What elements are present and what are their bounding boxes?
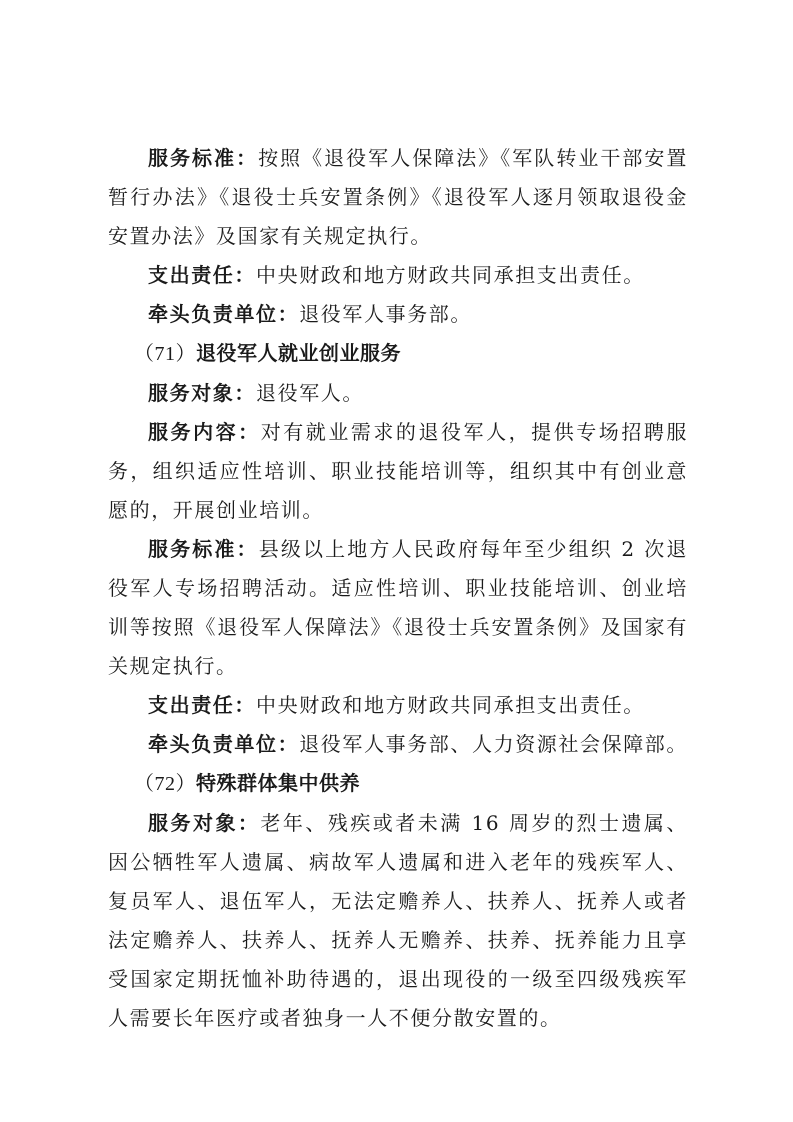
expenditure-responsibility-paragraph: 支出责任：中央财政和地方财政共同承担支出责任。: [108, 256, 688, 295]
service-standard-paragraph: 服务标准：按照《退役军人保障法》《军队转业干部安置暂行办法》《退役士兵安置条例》…: [108, 139, 688, 256]
paragraph-label: 服务标准：: [148, 537, 259, 561]
section-heading-71: （71）退役军人就业创业服务: [108, 334, 688, 374]
paragraph-text: 中央财政和地方财政共同承担支出责任。: [256, 693, 645, 717]
paragraph-label: 服务标准：: [148, 146, 258, 170]
section-title: 退役军人就业创业服务: [196, 341, 401, 365]
paragraph-text: 老年、残疾或者未满 16 周岁的烈士遗属、因公牺牲军人遗属、病故军人遗属和进入老…: [108, 811, 688, 1030]
service-content-paragraph: 服务内容：对有就业需求的退役军人，提供专场招聘服务，组织适应性培训、职业技能培训…: [108, 413, 688, 530]
lead-unit-paragraph: 牵头负责单位：退役军人事务部。: [108, 295, 688, 334]
paragraph-label: 服务内容：: [148, 420, 261, 444]
paragraph-label: 服务对象：: [148, 381, 256, 405]
section-number: （72）: [134, 773, 196, 795]
paragraph-label: 服务对象：: [148, 811, 260, 835]
service-standard-paragraph: 服务标准：县级以上地方人民政府每年至少组织 2 次退役军人专场招聘活动。适应性培…: [108, 530, 688, 686]
paragraph-label: 支出责任：: [148, 693, 256, 717]
paragraph-text: 退役军人事务部、人力资源社会保障部。: [299, 732, 688, 756]
paragraph-text: 退役军人事务部。: [299, 302, 472, 326]
paragraph-text: 中央财政和地方财政共同承担支出责任。: [256, 263, 645, 287]
document-body: 服务标准：按照《退役军人保障法》《军队转业干部安置暂行办法》《退役士兵安置条例》…: [108, 139, 688, 1038]
expenditure-responsibility-paragraph: 支出责任：中央财政和地方财政共同承担支出责任。: [108, 686, 688, 725]
service-target-paragraph: 服务对象：退役军人。: [108, 374, 688, 413]
paragraph-text: 退役军人。: [256, 381, 364, 405]
section-title: 特殊群体集中供养: [196, 771, 360, 795]
service-target-paragraph: 服务对象：老年、残疾或者未满 16 周岁的烈士遗属、因公牺牲军人遗属、病故军人遗…: [108, 804, 688, 1038]
section-heading-72: （72）特殊群体集中供养: [108, 764, 688, 804]
lead-unit-paragraph: 牵头负责单位：退役军人事务部、人力资源社会保障部。: [108, 725, 688, 764]
paragraph-label: 牵头负责单位：: [148, 732, 299, 756]
section-number: （71）: [134, 343, 196, 365]
paragraph-label: 牵头负责单位：: [148, 302, 299, 326]
paragraph-label: 支出责任：: [148, 263, 256, 287]
document-page: 服务标准：按照《退役军人保障法》《军队转业干部安置暂行办法》《退役士兵安置条例》…: [0, 0, 793, 1122]
